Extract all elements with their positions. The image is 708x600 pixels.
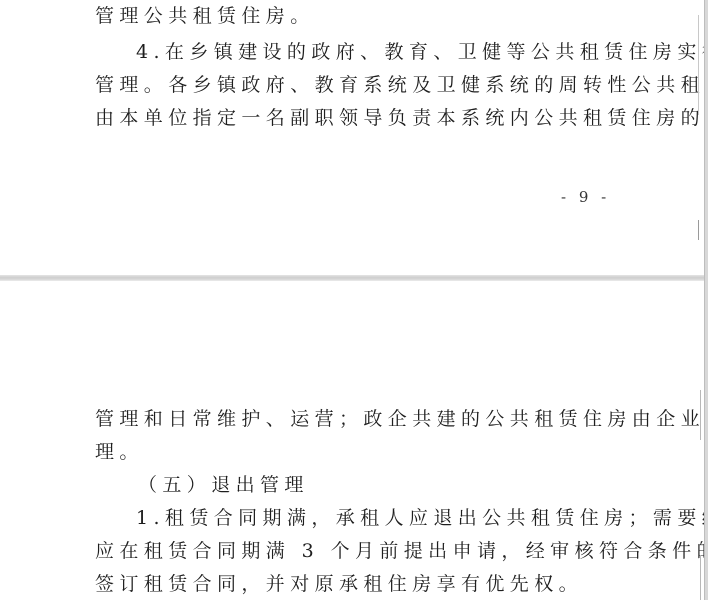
document-viewer: 管理公共租赁住房。 4.在乡镇建设的政府、教育、卫健等公共租赁住房实行自行 管理… [0,0,708,600]
text-line: 由本单位指定一名副职领导负责本系统内公共租赁住房的分配 [95,106,705,130]
text-line: 1.租赁合同期满，承租人应退出公共租赁住房；需要续租的， [136,506,705,530]
scan-edge-mark [698,15,699,115]
text-line: 理。 [95,440,144,464]
page-9: 管理公共租赁住房。 4.在乡镇建设的政府、教育、卫健等公共租赁住房实行自行 管理… [0,0,705,275]
page-number: - 9 - [561,188,610,206]
text-line: 管理和日常维护、运营；政企共建的公共租赁住房由企业自行管 [95,407,705,431]
text-line: 4.在乡镇建设的政府、教育、卫健等公共租赁住房实行自行 [136,40,705,64]
text-line: 管理。各乡镇政府、教育系统及卫健系统的周转性公共租赁住房 [95,73,705,97]
page-10: 管理和日常维护、运营；政企共建的公共租赁住房由企业自行管 理。 （五）退出管理 … [0,281,705,600]
scan-edge-mark [700,390,701,440]
scrollbar-track[interactable] [704,0,708,600]
text-line: 管理公共租赁住房。 [95,4,315,28]
section-heading: （五）退出管理 [138,473,309,497]
text-line: 签订租赁合同，并对原承租住房享有优先权。 [95,572,583,596]
text-line: 应在租赁合同期满 3 个月前提出申请，经审核符合条件的，重新 [95,539,705,563]
scan-edge-mark [700,555,701,600]
scan-edge-mark [698,220,699,240]
